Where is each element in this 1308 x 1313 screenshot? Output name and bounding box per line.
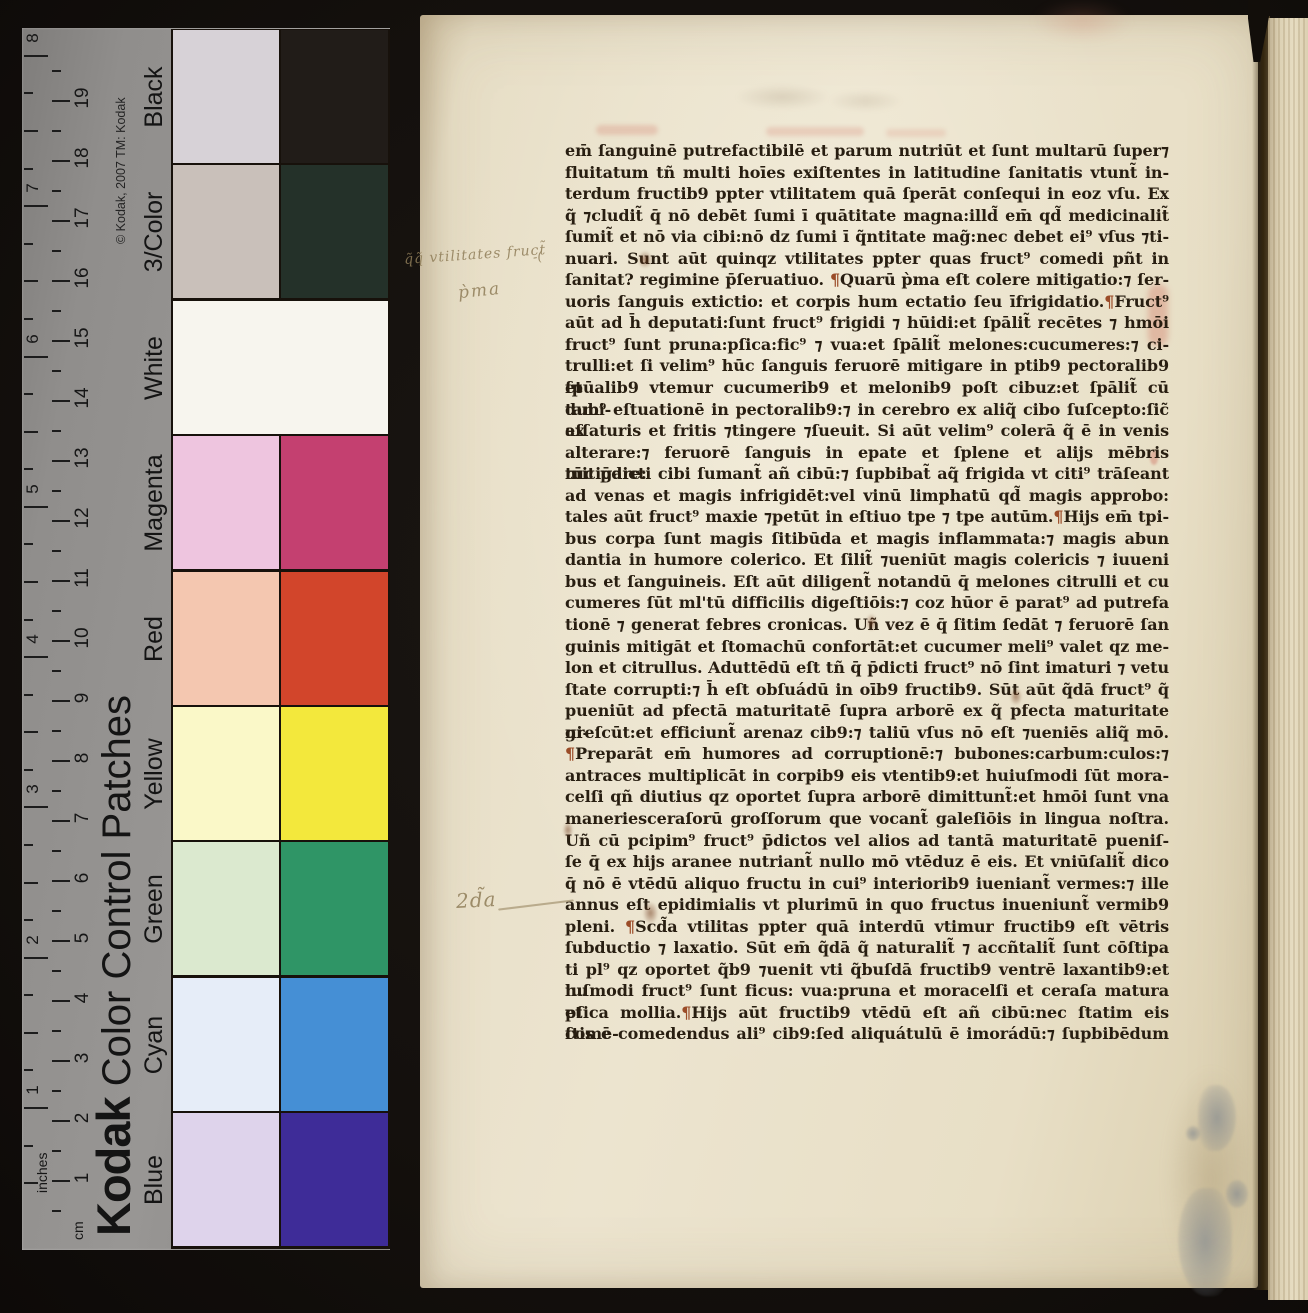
- text-line: ¶Preparāt em̄ humores ad corruptionē:⁊ b…: [565, 743, 1169, 765]
- ruler-tick: [52, 1090, 61, 1092]
- text-line: ſpūalib9 vtemur cucumerib9 et melonib9 p…: [565, 377, 1169, 399]
- kodak-card-title: Kodak Color Control Patches: [86, 636, 140, 1236]
- text-line: ti pl⁹ qz oportet q̃b9 ⁊uenit vti q̃buſd…: [565, 959, 1169, 981]
- ruler-tick: [52, 1030, 61, 1032]
- color-patch-red-light: [173, 572, 279, 705]
- ruler-cm-number: 18: [72, 141, 94, 175]
- ruler-tick: [24, 393, 33, 395]
- text-line: bus et ſanguineis. Eſt aūt diligent̃ not…: [565, 571, 1169, 593]
- ruler-tick: [24, 1032, 38, 1034]
- ruler-cm-number: 19: [72, 81, 94, 115]
- color-patch-green-dark: [281, 842, 388, 975]
- ruler-tick: [52, 850, 61, 852]
- kodak-title-rest: Color Control Patches: [95, 695, 139, 1097]
- ruler-tick: [52, 400, 70, 402]
- color-patch-green-light: [173, 842, 279, 975]
- next-leaf-edge: [1268, 18, 1308, 1300]
- ruler-tick: [24, 806, 48, 808]
- ruler-tick: [52, 940, 70, 942]
- color-patch-cyan-dark: [281, 978, 388, 1111]
- text-line: alterare:⁊ feruorē ſanguis in epate et ſ…: [565, 442, 1169, 464]
- ruler-tick: [52, 340, 70, 342]
- ruler-tick: [24, 356, 48, 358]
- text-line: aūt ad h̄ deputati:ſunt fruct⁹ frigidi ⁊…: [565, 312, 1169, 334]
- ruler-tick: [24, 431, 38, 433]
- ruler-cm-number: 17: [72, 201, 94, 235]
- ruler-tick: [52, 550, 61, 552]
- ruler-tick: [24, 1145, 33, 1147]
- ruler-tick: [24, 543, 33, 545]
- marginal-note-mid: 2d̃a: [455, 887, 497, 913]
- patch-label-blue: Blue: [140, 1115, 168, 1245]
- ruler-tick: [52, 280, 70, 282]
- ruler-tick: [52, 730, 61, 732]
- color-patch-blue-dark: [281, 1113, 388, 1246]
- ruler-tick: [52, 670, 61, 672]
- ruler-tick: [52, 70, 61, 72]
- ruler-tick: [24, 919, 33, 921]
- text-line: ſanitat? regimine p̄ſeruatiuo. ¶Quarū p̀…: [565, 269, 1169, 291]
- text-line: trulli:et ſi velim⁹ hūc ſanguis feruorē …: [565, 355, 1169, 377]
- ruler-tick: [24, 882, 38, 884]
- text-line: cumeres ſūt ml'tū difficilis digeſtiōis:…: [565, 592, 1169, 614]
- patch-label-3/color: 3/Color: [140, 167, 168, 297]
- ruler-tick: [52, 820, 70, 822]
- text-line: ſe q̄ ex hijs aranee nutriant̃ nullo mō …: [565, 851, 1169, 873]
- patch-label-yellow: Yellow: [140, 709, 168, 839]
- color-patch-black-light: [173, 30, 279, 163]
- text-line: celſi qñ diutius qz oportet ſupra arborē…: [565, 786, 1169, 808]
- ruler-tick: [24, 280, 38, 282]
- ruler-tick: [52, 1060, 70, 1062]
- text-line: uoris ſanguis extictio: et corpis hum ec…: [565, 291, 1169, 313]
- ruler-tick: [52, 250, 61, 252]
- ruler-inch-number: 4: [23, 622, 43, 656]
- patch-label-black: Black: [140, 32, 168, 162]
- ruler-tick: [52, 790, 61, 792]
- color-patch-white: [173, 301, 388, 434]
- ruler-tick: [24, 1069, 33, 1071]
- ruler-tick: [52, 610, 61, 612]
- ruler-tick: [52, 880, 70, 882]
- ruler-tick: [52, 430, 61, 432]
- patch-label-white: White: [140, 303, 168, 433]
- ruler-tick: [52, 1150, 61, 1152]
- text-line: fluitatum tñ multi hoīes exiſtentes in l…: [565, 162, 1169, 184]
- color-patch-yellow-light: [173, 707, 279, 840]
- ruler-tick: [24, 656, 48, 658]
- patch-label-magenta: Magenta: [140, 438, 168, 568]
- ruler-tick: [24, 92, 33, 94]
- color-patch-red-dark: [281, 572, 388, 705]
- ruler-tick: [24, 694, 33, 696]
- text-line: guinis mitigāt et ſtomachū confortāt:et …: [565, 636, 1169, 658]
- color-patch-magenta-dark: [281, 436, 388, 569]
- ruler-tick: [24, 243, 33, 245]
- ruler-tick: [24, 844, 33, 846]
- ruler-inch-number: 6: [23, 322, 43, 356]
- ruler-tick: [52, 220, 70, 222]
- text-line: nuari. Sunt aūt quinqz vtilitates ppter …: [565, 248, 1169, 270]
- text-line: lon et citrullus. Aduttēdū eſt tñ q̄ p̄d…: [565, 657, 1169, 679]
- ruler-inches-label: inches: [34, 1123, 50, 1193]
- ruler-tick: [52, 640, 70, 642]
- ruler-tick: [52, 970, 61, 972]
- text-block: em̄ ſanguinē putrefactibilē et parum nut…: [565, 140, 1169, 1045]
- ruler-tick: [24, 205, 48, 207]
- color-patch-magenta-light: [173, 436, 279, 569]
- color-patch-yellow-dark: [281, 707, 388, 840]
- ruler-tick: [52, 1210, 61, 1212]
- ruler-cm-number: 14: [72, 381, 94, 415]
- ruler-tick: [52, 910, 61, 912]
- text-line: maneriesceraſorū groſſorum que vocant̃ g…: [565, 808, 1169, 830]
- text-line: ſtate corrupti:⁊ h̄ eſt obſuádū in oīb9 …: [565, 679, 1169, 701]
- patch-label-red: Red: [140, 574, 168, 704]
- text-line: ſubductio ⁊ laxatio. Sūt em̄ q̃dā q̃ nat…: [565, 937, 1169, 959]
- ruler-tick: [24, 468, 33, 470]
- ruler-tick: [24, 130, 38, 132]
- color-patch-3/color-light: [173, 165, 279, 298]
- ruler-tick: [52, 460, 70, 462]
- ruler-tick: [24, 619, 33, 621]
- ruler-tick: [24, 1107, 48, 1109]
- text-line: bus corpa ſunt magis ſitibūda et magis i…: [565, 528, 1169, 550]
- ruler-tick: [52, 760, 70, 762]
- marginal-pen-mark: -(: [532, 249, 543, 265]
- ruler-tick: [24, 994, 33, 996]
- color-patch-cyan-light: [173, 978, 279, 1111]
- text-line: tales aūt fruct⁹ maxie ⁊petūt in eſtiuo …: [565, 506, 1169, 528]
- text-line: iuſmodi fruct⁹ ſunt ficus: vua:pruna et …: [565, 980, 1169, 1002]
- ruler-inch-number: 1: [23, 1073, 43, 1107]
- ruler-tick: [52, 190, 61, 192]
- ruler-tick: [52, 100, 70, 102]
- text-line: ſtis ē comedendus ali⁹ cib9:ſed aliquátu…: [565, 1023, 1169, 1045]
- ruler-tick: [52, 370, 61, 372]
- text-line: pueniūt ad pfectā maturitatē ſupra arbor…: [565, 700, 1169, 722]
- patch-label-cyan: Cyan: [140, 980, 168, 1110]
- ruler-tick: [52, 520, 70, 522]
- ruler-cm-number: 15: [72, 321, 94, 355]
- ruler-tick: [24, 318, 33, 320]
- ruler-cm-number: 16: [72, 261, 94, 295]
- patch-grid: [171, 29, 390, 1249]
- text-line: dantia in humore colerico. Et ſilit̃ ⁊ue…: [565, 549, 1169, 571]
- ruler-tick: [52, 130, 61, 132]
- ruler-cm-number: 12: [72, 501, 94, 535]
- text-line: terdum fructib9 ppter vtilitatem quā ſpe…: [565, 183, 1169, 205]
- ruler-tick: [24, 731, 38, 733]
- ruler-tick: [52, 310, 61, 312]
- text-line: tionē ⁊ generat febres cronicas. Uñ vez …: [565, 614, 1169, 636]
- text-line: q̄ nō ē vtēdū aliquo fructu in cui⁹ inte…: [565, 873, 1169, 895]
- ruler-tick: [52, 1000, 70, 1002]
- ruler-tick: [24, 168, 33, 170]
- ruler-cm-number: 13: [72, 441, 94, 475]
- text-line: antraces multiplicāt in corpib9 eis vten…: [565, 765, 1169, 787]
- kodak-copyright-text: © Kodak, 2007 TM: Kodak: [114, 44, 130, 244]
- text-line: Uñ cū pcipim⁹ fruct⁹ p̄dictos vel alios …: [565, 830, 1169, 852]
- kodak-color-control-card: 1234567891011121314151617181912345678inc…: [22, 28, 390, 1250]
- text-line: pleni. ¶Scd̃a vtilitas ppter quā interdū…: [565, 916, 1169, 938]
- text-line: fruct⁹ ſunt pruna:pſica:fic⁹ ⁊ vua:et ſp…: [565, 334, 1169, 356]
- color-patch-black-dark: [281, 30, 388, 163]
- text-line: ad venas et magis infrigidēt:vel vinū li…: [565, 485, 1169, 507]
- text-line: q̃ ⁊cludit̃ q̄ nō debēt ſumi ī quātitate…: [565, 205, 1169, 227]
- text-line: annus eſt epidimialis vt plurimū in quo …: [565, 894, 1169, 916]
- text-line: aſſaturis et fritis ⁊tingere ⁊ſueuit. Si…: [565, 420, 1169, 442]
- ruler-tick: [24, 55, 48, 57]
- ruler-tick: [24, 581, 38, 583]
- ruler-cm-label: cm: [70, 1170, 86, 1240]
- ruler-inch-number: 2: [23, 923, 43, 957]
- ruler-tick: [52, 1120, 70, 1122]
- kodak-brand-text: Kodak: [87, 1097, 140, 1236]
- color-patch-3/color-dark: [281, 165, 388, 298]
- ruler-tick: [52, 490, 61, 492]
- text-line: tūc p̄dicti cibi ſumant̃ añ cibū:⁊ ſupbi…: [565, 463, 1169, 485]
- ruler-inch-number: 7: [23, 171, 43, 205]
- text-line: pſica mollia.¶Hijs aūt fructib9 vtēdū eſ…: [565, 1002, 1169, 1024]
- ruler-tick: [52, 700, 70, 702]
- ruler-tick: [52, 580, 70, 582]
- ruler-tick: [52, 1180, 70, 1182]
- text-line: tam⁹ eſtuationē in pectoralib9:⁊ in cere…: [565, 399, 1169, 421]
- photograph-of-incunabulum-page: 1234567891011121314151617181912345678inc…: [0, 0, 1308, 1313]
- ruler-inch-number: 8: [23, 21, 43, 55]
- ruler-cm-number: 11: [72, 561, 94, 595]
- color-patch-blue-light: [173, 1113, 279, 1246]
- ruler-inch-number: 3: [23, 772, 43, 806]
- ruler-tick: [52, 160, 70, 162]
- ruler-tick: [24, 506, 48, 508]
- text-line: ſumit̃ et nō via cibi:nō dz ſumi ī q̃nti…: [565, 226, 1169, 248]
- patch-label-green: Green: [140, 844, 168, 974]
- text-line: em̄ ſanguinē putrefactibilē et parum nut…: [565, 140, 1169, 162]
- text-line: greſcūt:et efficiunt̃ arenaz cib9:⁊ tali…: [565, 722, 1169, 744]
- ruler-inch-number: 5: [23, 472, 43, 506]
- ruler-tick: [24, 769, 33, 771]
- ruler-tick: [24, 957, 48, 959]
